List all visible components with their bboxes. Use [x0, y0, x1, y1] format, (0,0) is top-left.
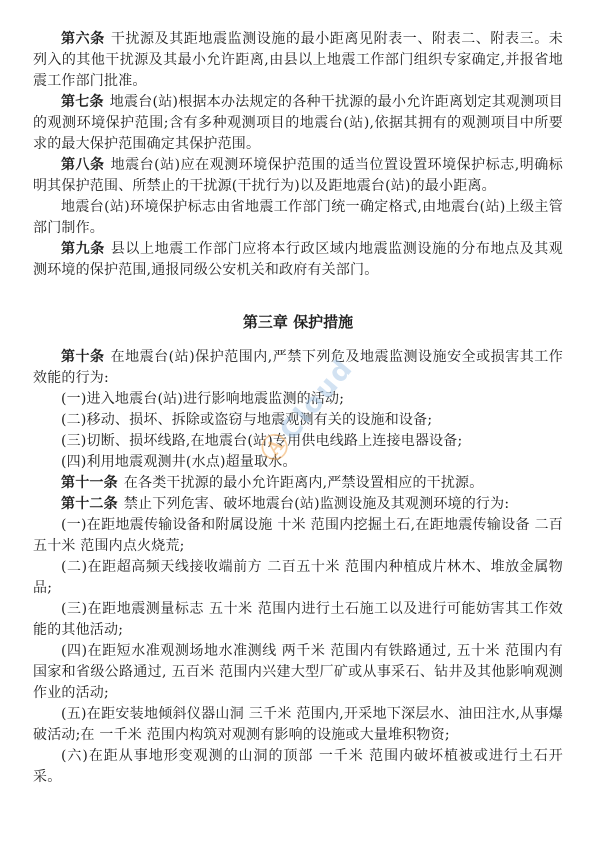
article-9-text: 县以上地震工作部门应将本行政区域内地震监测设施的分布地点及其观测环境的保护范围,…: [33, 241, 563, 278]
article-12-item-1: (一)在距地震传输设备和附属设施 十米 范围内挖掘土石,在距地震传输设备 二百五…: [33, 515, 563, 557]
article-10-item-1-text: (一)进入地震台(站)进行影响地震监测的活动;: [61, 391, 344, 407]
article-11-text: 在各类干扰源的最小允许距离内,严禁设置相应的干扰源。: [124, 475, 484, 491]
article-12-item-4: (四)在距短水准观测场地水准测线 两千米 范围内有铁路通过, 五十米 范围内有国…: [33, 641, 563, 704]
article-10-text: 在地震台(站)保护范围内,严禁下列危及地震监测设施安全或损害其工作效能的行为:: [33, 349, 563, 386]
article-8-continued-text: 地震台(站)环境保护标志由省地震工作部门统一确定格式,由地震台(站)上级主管部门…: [33, 199, 563, 236]
article-6-label: 第六条: [61, 31, 111, 47]
para-article-11: 第十一条在各类干扰源的最小允许距离内,严禁设置相应的干扰源。: [33, 473, 563, 494]
article-12-text: 禁止下列危害、破坏地震台(站)监测设施及其观测环境的行为:: [124, 496, 509, 512]
article-12-label: 第十二条: [61, 496, 124, 512]
article-12-item-5: (五)在距安装地倾斜仪器山洞 三千米 范围内,开采地下深层水、油田注水,从事爆破…: [33, 704, 563, 746]
article-8-text: 地震台(站)应在观测环境保护范围的适当位置设置环境保护标志,明确标明其保护范围、…: [33, 157, 563, 194]
para-article-12: 第十二条禁止下列危害、破坏地震台(站)监测设施及其观测环境的行为:: [33, 494, 563, 515]
document-page: ⒶCloud 第六条干扰源及其距地震监测设施的最小距离见附表一、附表二、附表三。…: [0, 0, 595, 841]
article-12-item-6-text: (六)在距从事地形变观测的山洞的顶部 一千米 范围内破坏植被或进行土石开采。: [33, 748, 563, 785]
para-article-9: 第九条县以上地震工作部门应将本行政区域内地震监测设施的分布地点及其观测环境的保护…: [33, 239, 563, 281]
article-12-item-5-text: (五)在距安装地倾斜仪器山洞 三千米 范围内,开采地下深层水、油田注水,从事爆破…: [33, 706, 563, 743]
article-11-label: 第十一条: [61, 475, 124, 491]
article-12-item-2: (二)在距超高频天线接收端前方 二百五十米 范围内种植成片林木、堆放金属物品;: [33, 557, 563, 599]
article-12-item-6: (六)在距从事地形变观测的山洞的顶部 一千米 范围内破坏植被或进行土石开采。: [33, 746, 563, 788]
para-article-6: 第六条干扰源及其距地震监测设施的最小距离见附表一、附表二、附表三。未列入的其他干…: [33, 29, 563, 92]
article-10-item-3: (三)切断、损坏线路,在地震台(站)专用供电线路上连接电器设备;: [33, 431, 563, 452]
chapter-3-heading: 第三章 保护措施: [33, 311, 563, 333]
article-10-item-4-text: (四)利用地震观测井(水点)超量取水。: [61, 454, 297, 470]
article-7-label: 第七条: [61, 94, 110, 110]
para-article-7: 第七条地震台(站)根据本办法规定的各种干扰源的最小允许距离划定其观测项目的观测环…: [33, 92, 563, 155]
article-10-item-3-text: (三)切断、损坏线路,在地震台(站)专用供电线路上连接电器设备;: [61, 433, 462, 449]
article-12-item-3-text: (三)在距地震测量标志 五十米 范围内进行土石施工以及进行可能妨害其工作效能的其…: [33, 601, 563, 638]
article-10-item-4: (四)利用地震观测井(水点)超量取水。: [33, 452, 563, 473]
para-article-10: 第十条在地震台(站)保护范围内,严禁下列危及地震监测设施安全或损害其工作效能的行…: [33, 347, 563, 389]
article-12-item-4-text: (四)在距短水准观测场地水准测线 两千米 范围内有铁路通过, 五十米 范围内有国…: [33, 643, 563, 701]
article-7-text: 地震台(站)根据本办法规定的各种干扰源的最小允许距离划定其观测项目的观测环境保护…: [33, 94, 563, 152]
article-6-text: 干扰源及其距地震监测设施的最小距离见附表一、附表二、附表三。未列入的其他干扰源及…: [33, 31, 563, 89]
article-10-item-2: (二)移动、损坏、拆除或盗窃与地震观测有关的设施和设备;: [33, 410, 563, 431]
article-12-item-2-text: (二)在距超高频天线接收端前方 二百五十米 范围内种植成片林木、堆放金属物品;: [33, 559, 563, 596]
para-article-8: 第八条地震台(站)应在观测环境保护范围的适当位置设置环境保护标志,明确标明其保护…: [33, 155, 563, 197]
article-10-item-1: (一)进入地震台(站)进行影响地震监测的活动;: [33, 389, 563, 410]
article-9-label: 第九条: [61, 241, 111, 257]
para-article-8-continued: 地震台(站)环境保护标志由省地震工作部门统一确定格式,由地震台(站)上级主管部门…: [33, 197, 563, 239]
article-10-label: 第十条: [61, 349, 111, 365]
article-12-item-1-text: (一)在距地震传输设备和附属设施 十米 范围内挖掘土石,在距地震传输设备 二百五…: [33, 517, 563, 554]
article-8-label: 第八条: [61, 157, 111, 173]
article-10-item-2-text: (二)移动、损坏、拆除或盗窃与地震观测有关的设施和设备;: [61, 412, 432, 428]
article-12-item-3: (三)在距地震测量标志 五十米 范围内进行土石施工以及进行可能妨害其工作效能的其…: [33, 599, 563, 641]
